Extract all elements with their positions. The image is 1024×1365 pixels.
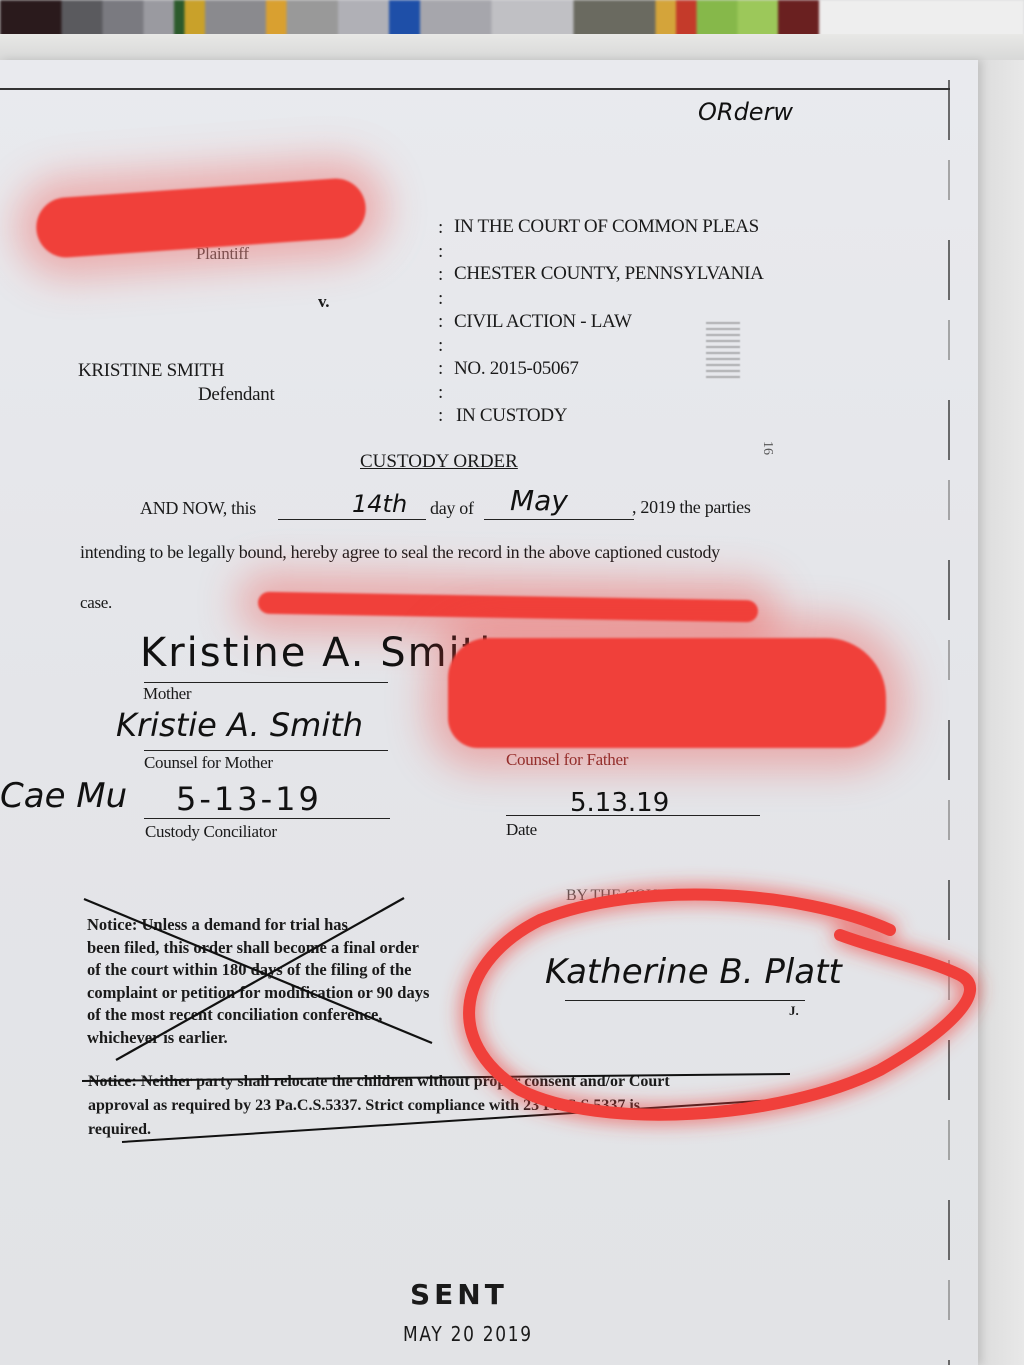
month-filled: May [510,484,568,517]
caption-colon: : [438,217,443,239]
filing-stamp-marks [706,322,740,380]
handwritten-header-note: ORderw [698,98,793,126]
body-lead: AND NOW, this [140,498,256,519]
notice-1-line: Notice: Unless a demand for trial has [87,914,429,937]
notice-1: Notice: Unless a demand for trial has be… [87,914,429,1049]
sent-stamp-word: SENT [410,1278,508,1311]
day-filled: 14th [352,490,407,518]
court-line-1: IN THE COURT OF COMMON PLEAS [454,216,759,238]
date-label: Date [506,820,537,840]
margin-stamp-fragment: 16 [759,441,775,455]
notice-1-line: of the most recent conciliation conferen… [87,1004,429,1027]
father-redaction [448,638,886,748]
page-frame-top [0,88,950,90]
caption-colon: : [438,358,443,380]
caption-colon: : [438,405,443,427]
sent-stamp-date: MAY 20 2019 [403,1322,533,1346]
counsel-mother-label: Counsel for Mother [144,753,273,773]
conciliator-line [144,818,390,819]
by-the-court-label: BY THE COURT: [566,887,679,905]
court-line-5: IN CUSTODY [456,405,567,427]
month-blank-line [484,519,634,520]
judge-suffix: J. [789,1003,799,1019]
body-year: , 2019 the parties [632,497,751,518]
court-line-4: NO. 2015-05067 [454,358,579,380]
versus-label: v. [318,292,329,312]
notice-1-line: whichever is earlier. [87,1027,429,1050]
conciliator-date: 5-13-19 [176,780,322,818]
notice-2-line: required. [88,1118,670,1142]
defendant-name: KRISTINE SMITH [78,360,224,382]
caption-colon: : [438,241,443,263]
judge-signature: Katherine B. Platt [545,952,842,992]
body-line-3: case. [80,593,112,613]
counsel-father-label: Counsel for Father [506,750,628,770]
page-frame-right [948,80,950,1365]
caption-colon: : [438,311,443,333]
defendant-label: Defendant [198,384,274,406]
court-line-2: CHESTER COUNTY, PENNSYLVANIA [454,263,764,285]
notice-2: Notice: Neither party shall relocate the… [88,1070,670,1142]
notice-2-line: Notice: Neither party shall relocate the… [88,1070,670,1094]
caption-colon: : [438,288,443,310]
day-blank-line [278,519,426,520]
background-right [978,60,1024,1365]
notice-1-line: complaint or petition for modification o… [87,982,429,1005]
counsel-mother-signature: Kristie A. Smith [116,706,363,744]
mother-label: Mother [143,684,191,704]
conciliator-signature: Cae Mu [0,776,127,816]
judge-signature-line [565,1000,805,1001]
mother-signature-line [144,682,388,683]
counsel-mother-line [144,750,388,751]
document-title: CUSTODY ORDER [360,451,518,473]
caption-colon: : [438,335,443,357]
caption-colon: : [438,264,443,286]
caption-colon: : [438,382,443,404]
notice-2-line: approval as required by 23 Pa.C.S.5337. … [88,1094,670,1118]
notice-1-line: been filed, this order shall become a fi… [87,937,429,960]
body-day-of: day of [430,498,474,519]
notice-1-line: of the court within 180 days of the fili… [87,959,429,982]
date-filled: 5.13.19 [570,788,669,818]
body-line-2: intending to be legally bound, hereby ag… [80,542,720,563]
conciliator-label: Custody Conciliator [145,822,277,842]
court-line-3: CIVIL ACTION - LAW [454,311,632,333]
